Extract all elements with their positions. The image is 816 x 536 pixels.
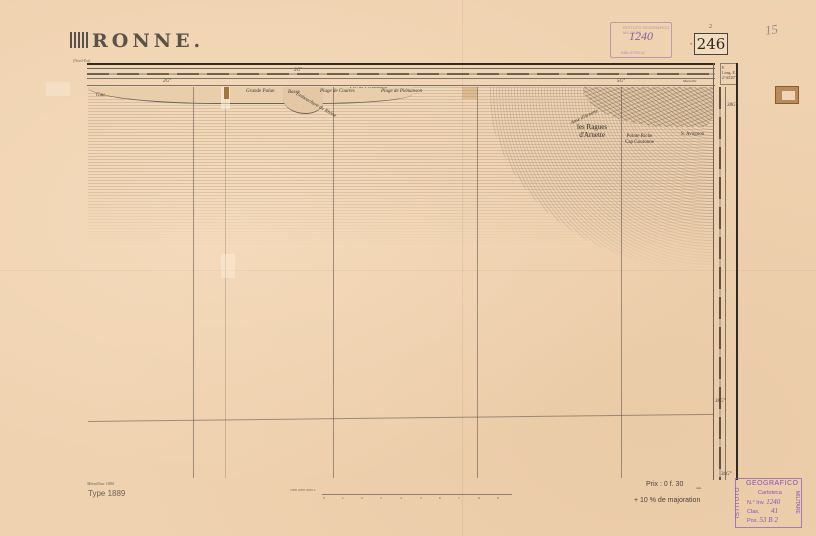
right-meridian-label: 5G° <box>617 79 625 84</box>
price-label: Prix : 0 f. 30 <box>646 481 683 488</box>
scale-tick: 1 <box>342 496 344 500</box>
archive-stamp-bottom: ISTITUTO GEOGRAFICO MILITARE Cartoteca N… <box>735 478 802 528</box>
place-label: S. Avugnon <box>681 132 704 137</box>
type-label: Type 1889 <box>88 489 125 498</box>
grid-line-vertical <box>477 87 478 478</box>
grid-line-vertical <box>621 87 622 478</box>
place-label: Plage de Piémanson <box>381 89 422 94</box>
stamp-inv-label: N.° Inv. <box>747 500 765 506</box>
grid-line-horizontal <box>88 414 713 422</box>
map-title: RONNE. <box>70 30 204 52</box>
scale-tick: 5 <box>420 496 422 500</box>
right-border-label-bottom: 36G° <box>721 472 732 477</box>
pencil-note: 15 <box>764 21 779 39</box>
scale-tick: 8 <box>478 496 480 500</box>
stamp-pos-label: Pos. <box>747 518 758 524</box>
place-label: Gau <box>96 93 105 98</box>
place-label-cap: Pointe Riche Cap Couronne <box>625 134 654 146</box>
engraver-note: Mitrailleur 1884 <box>87 481 114 486</box>
scale-tick: 4 <box>400 496 402 500</box>
sheet-number-marker: • <box>690 42 692 48</box>
scale-tick: 3 <box>380 496 382 500</box>
right-border-label-mid: 38G° <box>715 399 726 404</box>
stamp-pos-line: Pos. 53 B 2 <box>747 516 778 524</box>
scale-tick: 6 <box>439 496 441 500</box>
scale-tick: 2 <box>361 496 363 500</box>
map-top-border: 2G° 2G° 5G° Marseille <box>87 63 715 87</box>
majoration-note: + 10 % de majoration <box>634 497 700 504</box>
scale-tick: 9 <box>497 496 499 500</box>
grid-line-vertical <box>333 87 334 478</box>
scale-tick: 7 <box>458 496 460 500</box>
right-small-label: Marseille <box>683 79 696 83</box>
paper-repair-patch <box>46 82 70 96</box>
sheet-number-superscript: 2 <box>709 24 712 30</box>
library-stamp-top: ISTITUTO GEOGRAFICO MILITARE 1240 BIBLIO… <box>610 22 672 58</box>
brown-tape-mark <box>775 86 799 104</box>
price-suffix: cent. <box>696 486 702 490</box>
map-area: Gau Grande Palun Basse Embouchure du Rhô… <box>88 87 713 478</box>
title-cut-fragment <box>70 32 90 48</box>
scale-tick: 0 <box>323 496 325 500</box>
place-label: Grande Palun <box>246 89 274 94</box>
place-label-line-2: d'Arnette <box>577 131 607 139</box>
place-label-line-1: les Ragues <box>577 123 607 131</box>
right-border-label-top: 38G° <box>727 103 738 108</box>
tear-stain <box>462 87 477 99</box>
top-border-degree-label: 2G° <box>294 68 302 73</box>
stamp-pos-value: 53 B 2 <box>760 516 778 524</box>
stamp-clas-label: Clas. <box>747 509 760 515</box>
stamp-clas-value: 41 <box>771 507 778 515</box>
left-meridian-label: 2G° <box>163 79 171 84</box>
tape-stain <box>224 87 229 99</box>
scale-bar-label: 1000 2000 3000 4 <box>290 488 315 492</box>
scale-bar: 1000 2000 3000 4 0 1 2 3 4 5 6 7 8 9 <box>290 488 510 500</box>
map-sheet: RONNE. (Nord-Est) 2 • 246 15 ISTITUTO GE… <box>0 0 816 536</box>
stamp-top-handwritten-number: 1240 <box>629 29 653 44</box>
stamp-side-text: ISTITUTO <box>735 487 741 518</box>
stamp-inv-value: 1240 <box>766 498 780 506</box>
scale-bar-line <box>322 494 512 495</box>
paper-patch <box>221 254 235 278</box>
place-label-ragues: les Ragues d'Arnette <box>577 123 607 139</box>
stamp-top-bottom-text: BIBLIOTECA <box>621 50 645 55</box>
stamp-header: GEOGRAFICO <box>746 480 798 487</box>
map-right-border: 38G° 38G° 36G° <box>713 63 740 480</box>
stamp-cartoteca: Cartoteca <box>758 490 782 496</box>
sheet-number: 246 <box>694 33 728 55</box>
stamp-clas-line: Clas. 41 <box>747 507 778 515</box>
title-text: RONNE. <box>92 30 204 52</box>
stamp-inv-line: N.° Inv. 1240 <box>747 498 780 506</box>
place-label-line-2: Cap Couronne <box>625 140 654 146</box>
stamp-side-right: MILITARE <box>794 491 800 514</box>
